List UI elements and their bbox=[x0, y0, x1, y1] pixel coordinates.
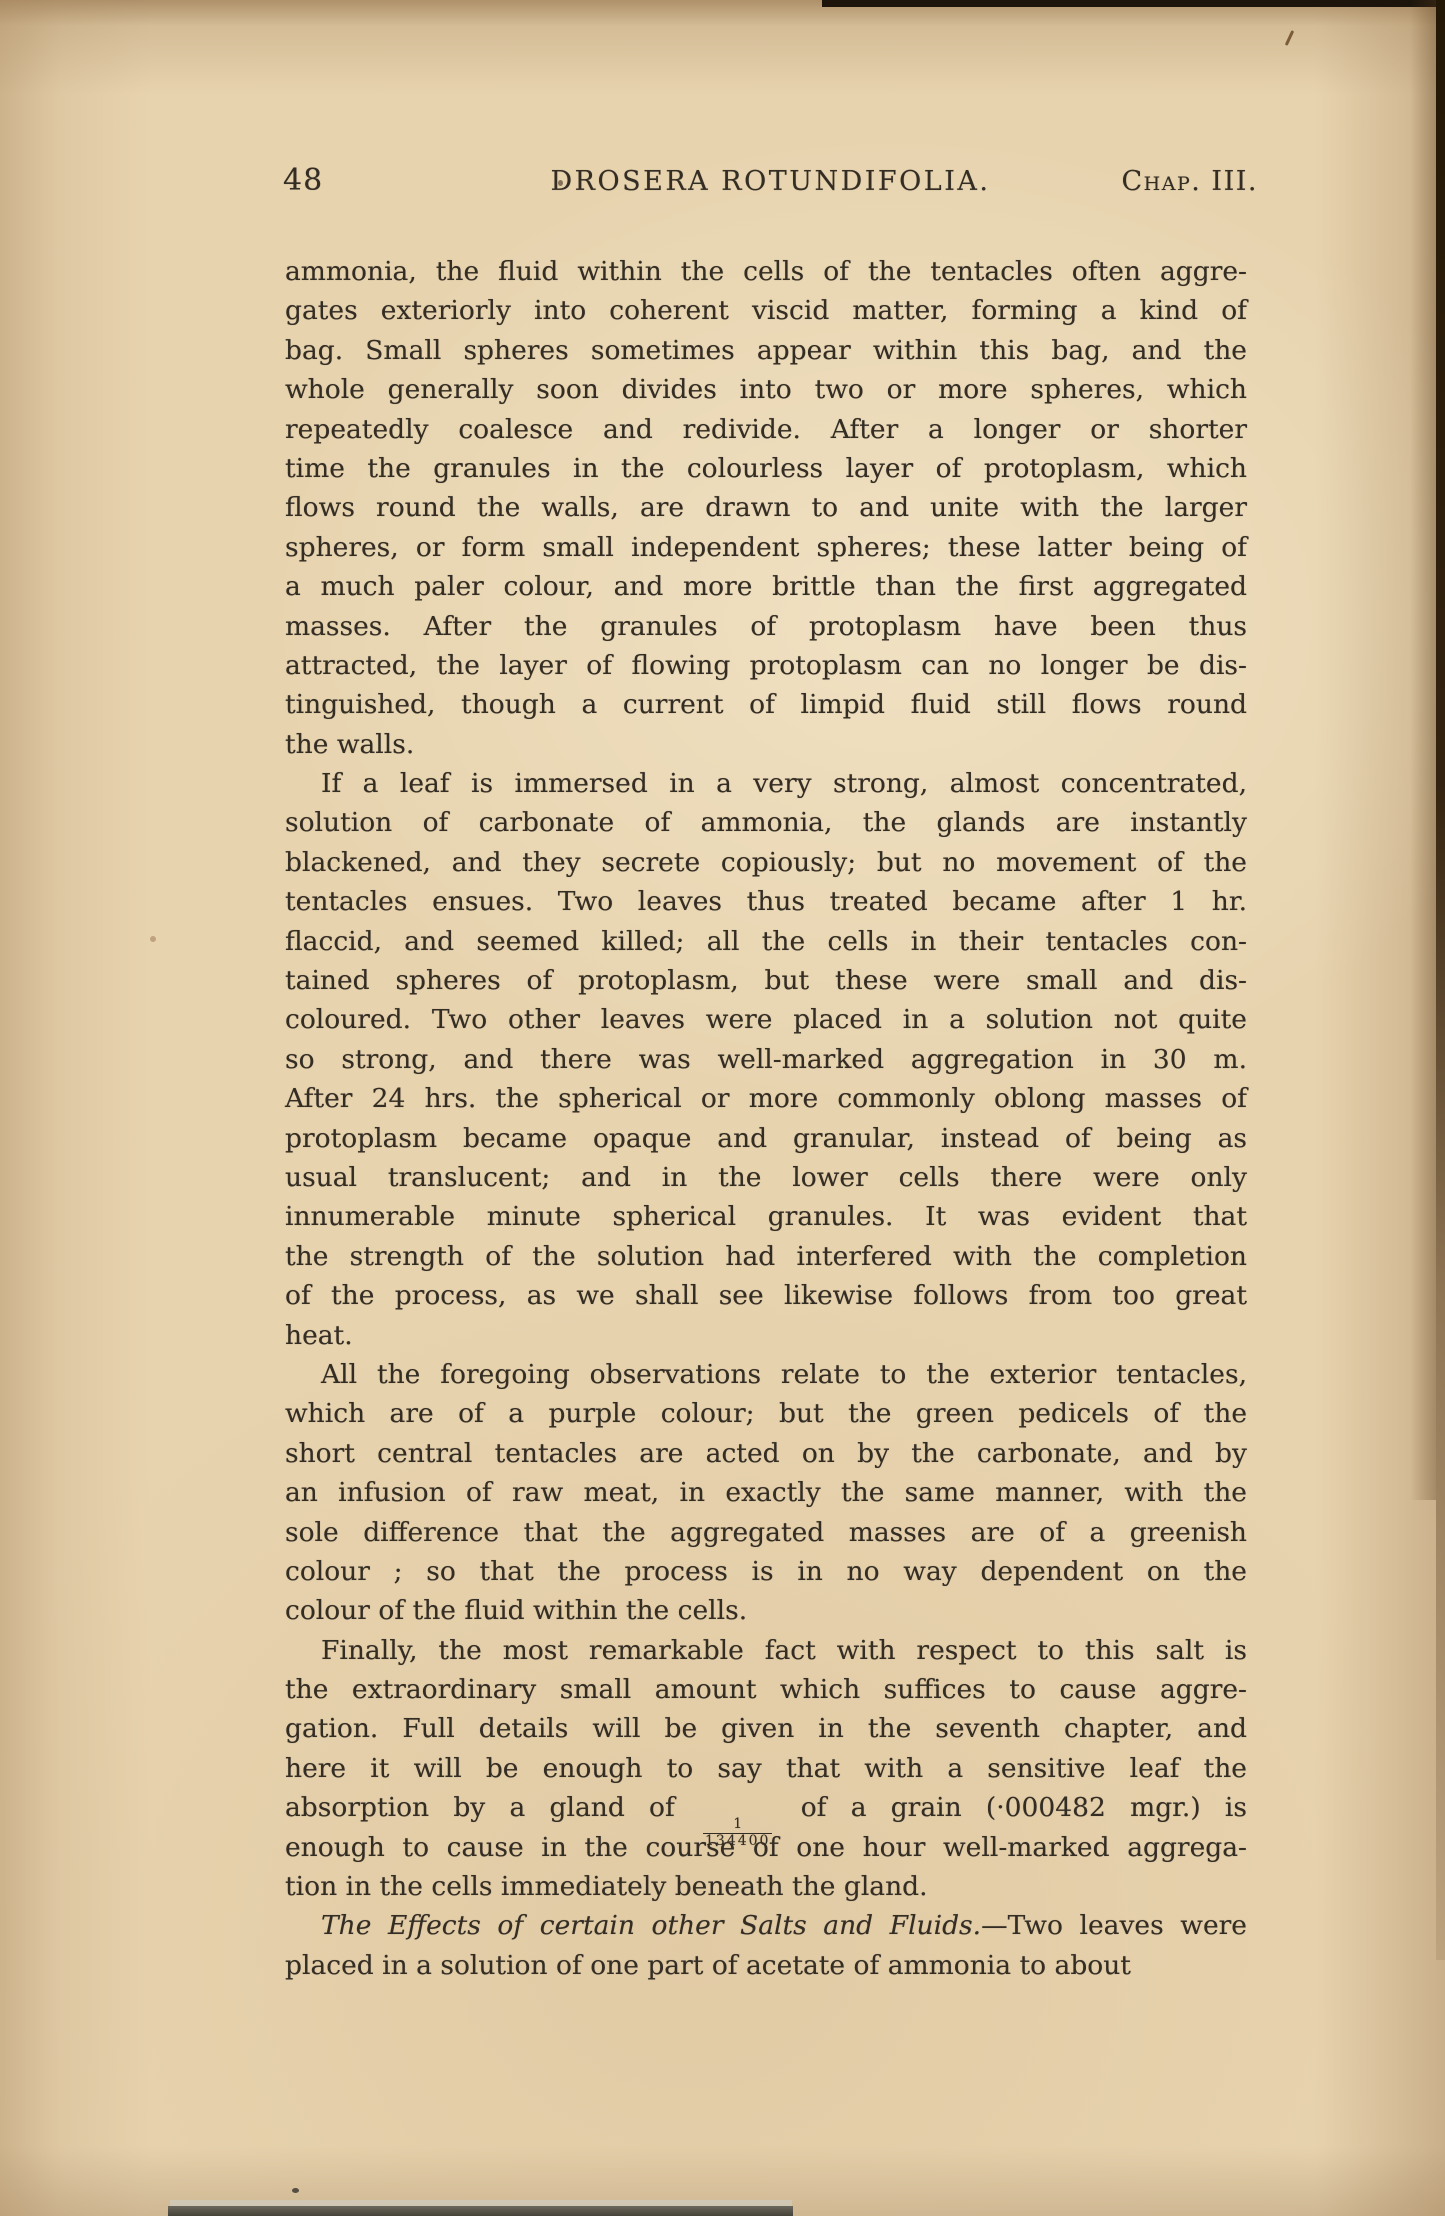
text-line: heat. bbox=[285, 1316, 1247, 1355]
text-line: spheres, or form small independent spher… bbox=[285, 528, 1247, 567]
scan-right-edge-soft-shadow bbox=[1410, 0, 1436, 1500]
book-page-scan: 48 DROSERA ROTUNDIFOLIA. Chap. III. ammo… bbox=[0, 0, 1445, 2216]
text-line: flows round the walls, are drawn to and … bbox=[285, 488, 1247, 527]
running-title: DROSERA ROTUNDIFOLIA. bbox=[551, 166, 991, 197]
text-line: blackened, and they secrete copiously; b… bbox=[285, 843, 1247, 882]
text-line: a much paler colour, and more brittle th… bbox=[285, 567, 1247, 606]
scan-speck bbox=[1285, 30, 1294, 46]
text-line: of the process, as we shall see likewise… bbox=[285, 1276, 1247, 1315]
paragraph: All the foregoing observations relate to… bbox=[285, 1355, 1247, 1631]
text-line: the strength of the solution had interfe… bbox=[285, 1237, 1247, 1276]
text-line: time the granules in the colourless laye… bbox=[285, 449, 1247, 488]
text-line: the walls. bbox=[285, 725, 1247, 764]
paragraph: If a leaf is immersed in a very strong, … bbox=[285, 764, 1247, 1355]
text-line: which are of a purple colour; but the gr… bbox=[285, 1394, 1247, 1433]
paragraph: Finally, the most remarkable fact with r… bbox=[285, 1631, 1247, 1907]
text-line: colour ; so that the process is in no wa… bbox=[285, 1552, 1247, 1591]
body-text: ammonia, the fluid within the cells of t… bbox=[285, 252, 1247, 1985]
text-line: absorption by a gland of 1134400 of a gr… bbox=[285, 1788, 1247, 1827]
text-line: usual translucent; and in the lower cell… bbox=[285, 1158, 1247, 1197]
text-line: After 24 hrs. the spherical or more comm… bbox=[285, 1079, 1247, 1118]
text-line: short central tentacles are acted on by … bbox=[285, 1434, 1247, 1473]
text-line: coloured. Two other leaves were placed i… bbox=[285, 1000, 1247, 1039]
text-line: Finally, the most remarkable fact with r… bbox=[285, 1631, 1247, 1670]
text-line: All the foregoing observations relate to… bbox=[285, 1355, 1247, 1394]
text-line: tinguished, though a current of limpid f… bbox=[285, 685, 1247, 724]
running-header: 48 DROSERA ROTUNDIFOLIA. Chap. III. bbox=[283, 163, 1258, 198]
scan-bottom-bar bbox=[168, 2206, 793, 2216]
text-line: placed in a solution of one part of acet… bbox=[285, 1946, 1247, 1985]
text-line: innumerable minute spherical granules. I… bbox=[285, 1197, 1247, 1236]
text-line: here it will be enough to say that with … bbox=[285, 1749, 1247, 1788]
text-line: flaccid, and seemed killed; all the cell… bbox=[285, 922, 1247, 961]
text-line: repeatedly coalesce and redivide. After … bbox=[285, 410, 1247, 449]
scan-speck bbox=[150, 936, 156, 942]
paragraph: The Effects of certain other Salts and F… bbox=[285, 1906, 1247, 1985]
page-number: 48 bbox=[283, 163, 323, 198]
text-line: colour of the fluid within the cells. bbox=[285, 1591, 1247, 1630]
text-line: gation. Full details will be given in th… bbox=[285, 1709, 1247, 1748]
text-line: gates exteriorly into coherent viscid ma… bbox=[285, 291, 1247, 330]
paragraph: ammonia, the fluid within the cells of t… bbox=[285, 252, 1247, 764]
text-line: so strong, and there was well-marked agg… bbox=[285, 1040, 1247, 1079]
text-line: tion in the cells immediately beneath th… bbox=[285, 1867, 1247, 1906]
scan-speck bbox=[558, 180, 563, 186]
text-line: The Effects of certain other Salts and F… bbox=[285, 1906, 1247, 1945]
scan-top-edge-shadow bbox=[822, 0, 1445, 7]
text-line: protoplasm became opaque and granular, i… bbox=[285, 1119, 1247, 1158]
text-line: If a leaf is immersed in a very strong, … bbox=[285, 764, 1247, 803]
text-line: ammonia, the fluid within the cells of t… bbox=[285, 252, 1247, 291]
text-line: attracted, the layer of flowing protopla… bbox=[285, 646, 1247, 685]
scan-speck bbox=[292, 2188, 299, 2193]
text-line: tained spheres of protoplasm, but these … bbox=[285, 961, 1247, 1000]
text-line: sole difference that the aggregated mass… bbox=[285, 1513, 1247, 1552]
text-line: masses. After the granules of protoplasm… bbox=[285, 607, 1247, 646]
text-line: an infusion of raw meat, in exactly the … bbox=[285, 1473, 1247, 1512]
text-line: tentacles ensues. Two leaves thus treate… bbox=[285, 882, 1247, 921]
text-line: the extraordinary small amount which suf… bbox=[285, 1670, 1247, 1709]
chapter-label: Chap. III. bbox=[1122, 166, 1258, 197]
scan-right-edge-shadow bbox=[1436, 0, 1445, 1960]
text-line: solution of carbonate of ammonia, the gl… bbox=[285, 803, 1247, 842]
text-line: bag. Small spheres sometimes appear with… bbox=[285, 331, 1247, 370]
text-line: whole generally soon divides into two or… bbox=[285, 370, 1247, 409]
text-line: enough to cause in the course of one hou… bbox=[285, 1828, 1247, 1867]
